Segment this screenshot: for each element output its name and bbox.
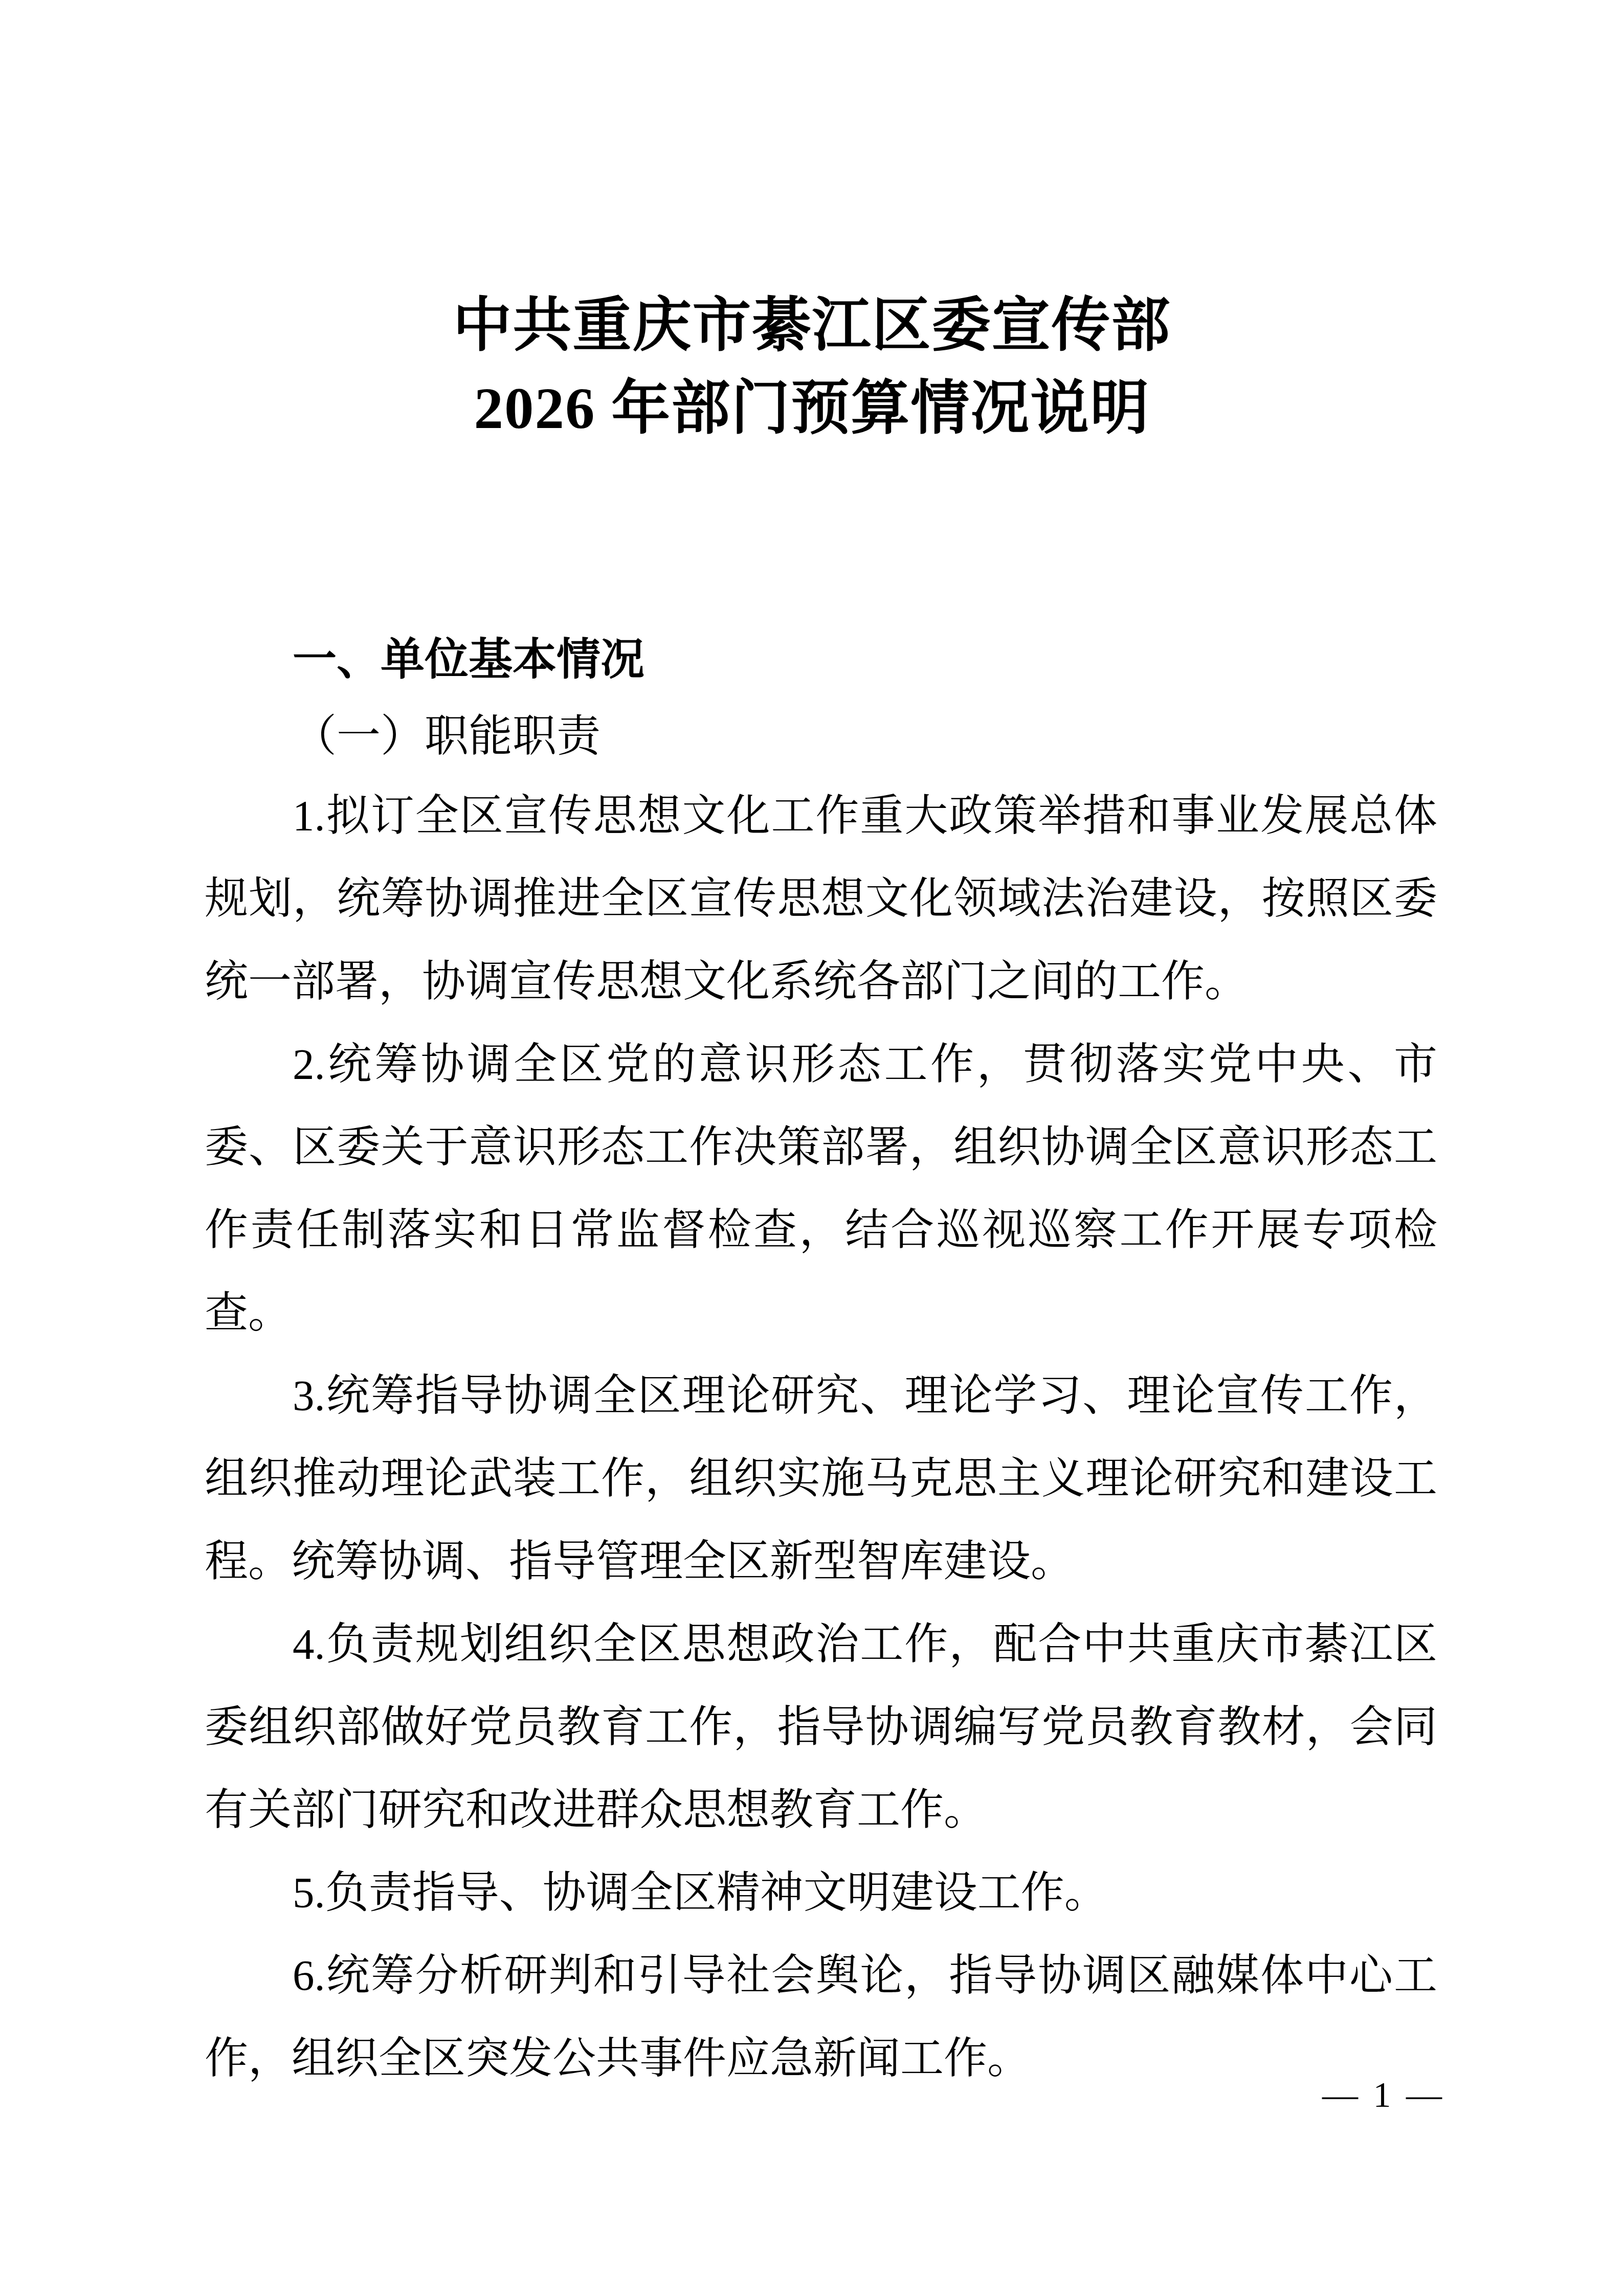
body-paragraph-5: 5.负责指导、协调全区精神文明建设工作。 xyxy=(205,1852,1437,1934)
document-body: 一、单位基本情况 （一）职能职责 1.拟订全区宣传思想文化工作重大政策举措和事业… xyxy=(205,621,1437,2100)
body-paragraph-4: 4.负责规划组织全区思想政治工作，配合中共重庆市綦江区委组织部做好党员教育工作，… xyxy=(205,1603,1437,1852)
body-paragraph-6: 6.统筹分析研判和引导社会舆论，指导协调区融媒体中心工作，组织全区突发公共事件应… xyxy=(205,1934,1437,2100)
subsection-heading: （一）职能职责 xyxy=(205,698,1437,775)
document-title-line1: 中共重庆市綦江区委宣传部 xyxy=(0,284,1624,367)
document-title: 中共重庆市綦江区委宣传部 2026 年部门预算情况说明 xyxy=(0,284,1624,450)
page-number: — 1 — xyxy=(1322,2070,1445,2121)
body-paragraph-1: 1.拟订全区宣传思想文化工作重大政策举措和事业发展总体规划，统筹协调推进全区宣传… xyxy=(205,775,1437,1023)
document-title-line2: 2026 年部门预算情况说明 xyxy=(0,367,1624,450)
section-heading: 一、单位基本情况 xyxy=(205,621,1437,698)
body-paragraph-3: 3.统筹指导协调全区理论研究、理论学习、理论宣传工作，组织推动理论武装工作，组织… xyxy=(205,1355,1437,1603)
body-paragraph-2: 2.统筹协调全区党的意识形态工作，贯彻落实党中央、市委、区委关于意识形态工作决策… xyxy=(205,1023,1437,1355)
document-page: 中共重庆市綦江区委宣传部 2026 年部门预算情况说明 一、单位基本情况 （一）… xyxy=(0,0,1624,2296)
